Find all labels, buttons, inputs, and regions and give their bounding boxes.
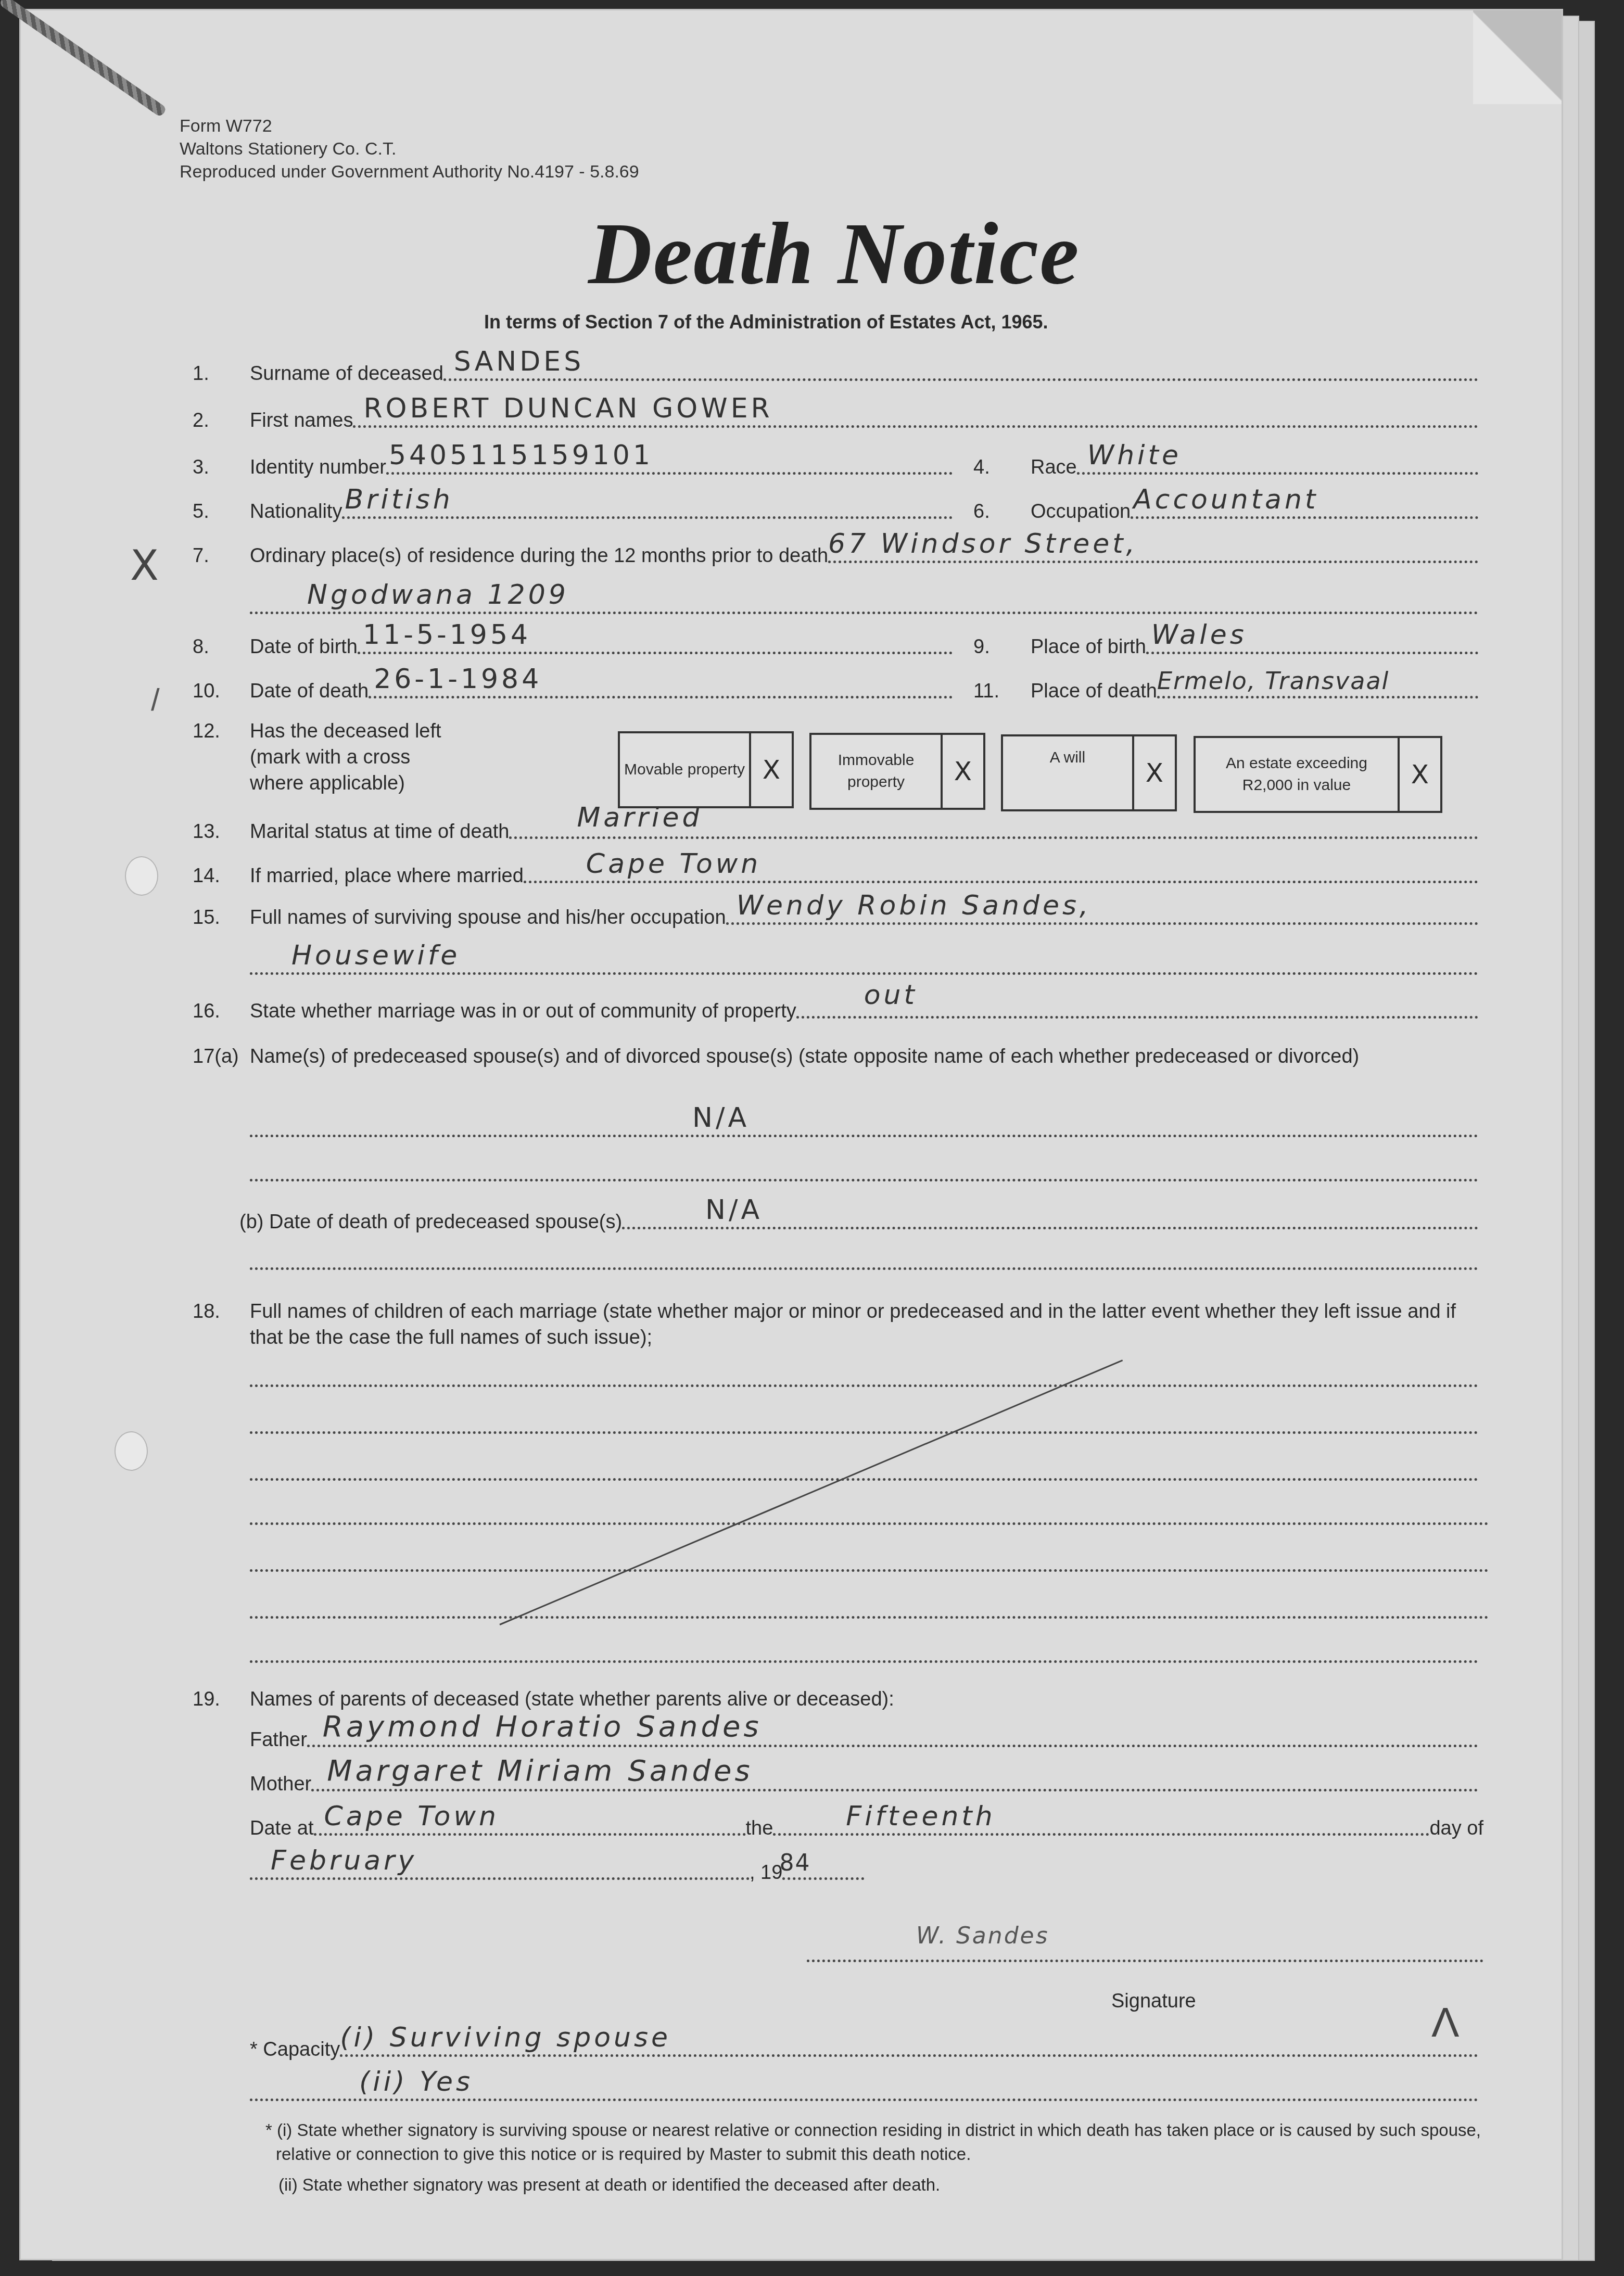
field-race: 4. Race White — [973, 448, 1478, 479]
field-date-of-birth: 8. Date of birth 11-5-1954 — [193, 627, 953, 658]
page-subtitle: In terms of Section 7 of the Administrat… — [484, 311, 1048, 333]
children-input-line[interactable] — [250, 1616, 1489, 1619]
field-capacity: * Capacity (i) Surviving spouse — [250, 2030, 1478, 2061]
field-first-names: 2. First names ROBERT DUNCAN GOWER — [193, 401, 1478, 432]
place-of-birth-input[interactable]: Wales — [1146, 652, 1478, 654]
identity-number-input[interactable]: 5405115159101 — [386, 472, 953, 475]
margin-mark: X — [130, 541, 159, 590]
first-names-input[interactable]: ROBERT DUNCAN GOWER — [353, 425, 1478, 428]
field-place-of-birth: 9. Place of birth Wales — [973, 627, 1478, 658]
field-dated-at: Date at Cape Town the Fifteenth day of — [250, 1809, 1483, 1840]
children-input-line[interactable] — [250, 1478, 1478, 1481]
field-mother: Mother Margaret Miriam Sandes — [250, 1764, 1478, 1796]
footnote-i: * (i) State whether signatory is survivi… — [276, 2118, 1483, 2166]
capacity-input[interactable]: (i) Surviving spouse — [340, 2054, 1478, 2057]
authority-text: Reproduced under Government Authority No… — [180, 160, 639, 183]
punch-hole — [125, 856, 158, 896]
residence-input[interactable]: 67 Windsor Street, — [828, 561, 1478, 563]
dated-year-input[interactable]: 84 — [782, 1877, 864, 1880]
predeceased-date-input[interactable]: N/A — [622, 1227, 1478, 1229]
cross-mark-icon: X — [1398, 738, 1440, 811]
father-input[interactable]: Raymond Horatio Sandes — [307, 1745, 1478, 1747]
field-marital-status: 13. Marital status at time of death Marr… — [193, 812, 1478, 843]
community-of-property-input[interactable]: out — [796, 1016, 1478, 1019]
children-input-line[interactable] — [250, 1569, 1489, 1572]
field-children-label: 18. Full names of children of each marri… — [193, 1299, 1473, 1351]
checkbox-estate-exceeding[interactable]: An estate exceeding R2,000 in value X — [1194, 736, 1442, 813]
field-estate-left-label: 12.Has the deceased left (mark with a cr… — [193, 718, 441, 796]
field-place-of-death: 11. Place of death Ermelo, Transvaal — [973, 671, 1478, 703]
field-residence: 7. Ordinary place(s) of residence during… — [193, 536, 1478, 567]
field-predeceased-spouse-label: 17(a) Name(s) of predeceased spouse(s) a… — [193, 1044, 1473, 1070]
occupation-input[interactable]: Accountant — [1131, 516, 1478, 519]
page-title: Death Notice — [588, 203, 1080, 304]
field-identity-number: 3. Identity number 5405115159101 — [193, 448, 953, 479]
children-input-line[interactable] — [250, 1431, 1478, 1434]
race-input[interactable]: White — [1077, 472, 1478, 475]
binding-string — [0, 0, 167, 118]
form-number: Form W772 — [180, 115, 639, 137]
predeceased-date-input-line2[interactable] — [250, 1267, 1478, 1270]
punch-hole — [115, 1431, 148, 1471]
surname-input[interactable]: SANDES — [443, 378, 1478, 381]
field-surviving-spouse: 15. Full names of surviving spouse and h… — [193, 898, 1478, 929]
spouse-occupation-input[interactable]: Housewife — [250, 972, 1478, 975]
field-predeceased-date: (b) Date of death of predeceased spouse(… — [239, 1202, 1478, 1234]
folded-corner — [1473, 10, 1562, 104]
place-married-input[interactable]: Cape Town — [524, 881, 1478, 883]
form-header: Form W772 Waltons Stationery Co. C.T. Re… — [180, 115, 639, 183]
strike-through-line — [499, 1359, 1123, 1625]
checkbox-immovable-property[interactable]: Immovable property X — [809, 733, 985, 810]
field-place-married: 14. If married, place where married Cape… — [193, 856, 1478, 887]
field-parents-label: 19. Names of parents of deceased (state … — [193, 1686, 894, 1712]
predeceased-spouse-input-line2[interactable] — [250, 1179, 1478, 1181]
predeceased-spouse-input[interactable]: N/A — [250, 1135, 1478, 1137]
date-of-death-input[interactable]: 26-1-1984 — [369, 696, 953, 698]
nationality-input[interactable]: British — [342, 516, 953, 519]
capacity-input-line2[interactable]: (ii) Yes — [250, 2099, 1478, 2101]
children-input-line[interactable] — [250, 1522, 1489, 1525]
field-surname: 1. Surname of deceased SANDES — [193, 354, 1478, 385]
marital-status-input[interactable]: Married — [509, 836, 1478, 839]
signature-label: Signature — [1111, 1988, 1196, 2014]
field-occupation: 6. Occupation Accountant — [973, 492, 1478, 523]
cross-mark-icon: X — [941, 735, 983, 808]
printer-name: Waltons Stationery Co. C.T. — [180, 137, 639, 160]
checkbox-movable-property[interactable]: Movable property X — [618, 731, 794, 808]
margin-mark: / — [151, 682, 160, 718]
signature-input[interactable]: W. Sandes — [807, 1960, 1483, 1962]
date-of-birth-input[interactable]: 11-5-1954 — [358, 652, 953, 654]
children-input-line[interactable] — [250, 1384, 1478, 1387]
children-input-line[interactable] — [250, 1660, 1478, 1663]
field-nationality: 5. Nationality British — [193, 492, 953, 523]
dated-month-input[interactable]: February — [250, 1877, 750, 1880]
checkbox-will[interactable]: A will X — [1001, 734, 1177, 811]
cross-mark-icon: X — [749, 733, 792, 806]
cross-mark-icon: X — [1132, 736, 1175, 809]
footnote-ii: (ii) State whether signatory was present… — [278, 2173, 940, 2197]
dated-place-input[interactable]: Cape Town — [314, 1833, 746, 1836]
residence-input-line2[interactable]: Ngodwana 1209 — [250, 612, 1478, 614]
field-community-of-property: 16. State whether marriage was in or out… — [193, 991, 1478, 1023]
surviving-spouse-input[interactable]: Wendy Robin Sandes, — [726, 922, 1478, 925]
mother-input[interactable]: Margaret Miriam Sandes — [311, 1789, 1478, 1791]
field-date-of-death: 10. Date of death 26-1-1984 — [193, 671, 953, 703]
place-of-death-input[interactable]: Ermelo, Transvaal — [1157, 696, 1478, 698]
death-notice-form: Form W772 Waltons Stationery Co. C.T. Re… — [21, 10, 1562, 2259]
field-dated-month-year: February , 19 84 — [250, 1853, 864, 1884]
dated-day-input[interactable]: Fifteenth — [773, 1833, 1429, 1836]
field-father: Father Raymond Horatio Sandes — [250, 1720, 1478, 1751]
